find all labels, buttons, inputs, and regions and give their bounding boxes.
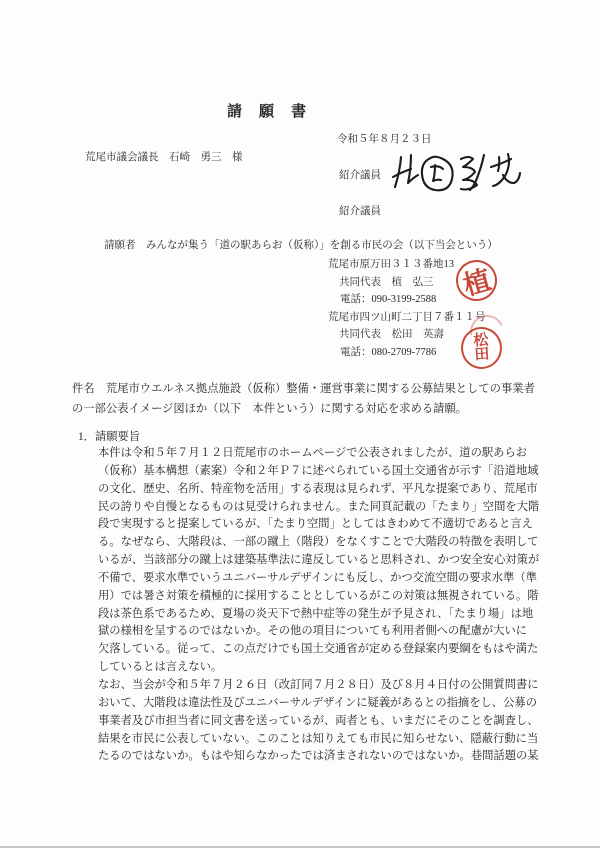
introducer-2-label: 紹介議員 [339,203,381,218]
body-text-line: なお、当会が令和５年７月２６日（改訂同７月２８日）及び８月４日付の公開質問書に [98,677,539,695]
rep-2-name: 共同代表 松田 英壽 [339,326,444,341]
body-text-line: 用）では暑さ対策を積極的に採用することとしているがこの対策は無視されている。階 [98,588,539,606]
body-text-line: 結果を市民に公表していない。このことは知りえても市民に知らせない、隠蔽行動に当 [98,731,539,749]
subject-block: 件名 荒尾市ウエルネス拠点施設（仮称）整備・運営事業に関する公募結果としての事業… [72,379,535,420]
body-text-line: 段で実現すると提案しているが、「たまり空間」としてはきわめて不適切であると言え [98,516,539,534]
rep-2-phone: 電話：080-2709-7786 [340,344,436,359]
hanko-seal-matsuda: 松田 [460,326,504,371]
rep-1-name: 共同代表 植 弘三 [339,274,434,289]
body-text-line: たるのではないか。もはや知らなかったでは済まされないのではないか。巷間話題の某 [98,748,539,766]
subject-line: 件名 荒尾市ウエルネス拠点施設（仮称）整備・運営事業に関する公募結果としての事業… [72,379,535,399]
petitioner-line: 請願者 みんなが集う「道の駅あらお（仮称）」を創る市民の会（以下当会という） [104,237,498,252]
body-text-line: の文化、歴史、名所、特産物を活用」する表現は見られず、平凡な提案であり、荒尾市 [98,481,539,499]
hanko-seal-ue: 植 [451,255,502,306]
body-text-line: （仮称）基本構想（素案）令和２年Ｐ７に述べられている国土交通省が示す「沿道地域 [98,463,539,481]
hanko-seal-matsuda-text: 松田 [472,333,491,363]
body-paragraphs: 本件は令和５年７月１２日荒尾市のホームページで公表されましたが、道の駅あらお（仮… [98,445,539,766]
section-1-heading: 1．請願要旨 [78,428,140,444]
hanko-seal-ue-text: 植 [458,258,495,303]
document-date: 令和５年８月２３日 [337,131,432,146]
page-title: 請 願 書 [0,100,534,121]
body-text-line: 段は茶色系であるため、夏場の炎天下で熱中症等の発生が予見され、「たまり場」は地 [98,606,539,624]
body-text-line: 獄の様相を呈するのではないか。その他の項目についても利用者側への配慮が大いに [98,623,539,641]
body-text-line: 本件は令和５年７月１２日荒尾市のホームページで公表されましたが、道の駅あらお [98,445,539,463]
handwritten-signature [386,146,524,200]
rep-1-address: 荒尾市原万田３１３番地13 [328,256,454,271]
body-text-line: 事業者及び市担当者に同文書を送っているが、両者とも、いまだにそのことを調査し、 [98,713,539,731]
body-text-line: しているとは言えない。 [98,659,539,677]
rep-2-address: 荒尾市四ツ山町二丁目７番１１号 [328,309,486,324]
body-text-line: いるが、当該部分の蹴上は建築基準法に違反していると思料され、かつ安全安心対策が [98,552,539,570]
body-text-line: 欠落している。従って、この点だけでも国土交通省が定める登録案内要綱をもはや満た [98,641,539,659]
introducer-1-label: 紹介議員 [339,167,381,182]
rep-1-phone: 電話：090-3199-2588 [340,291,436,306]
addressee-line: 荒尾市議会議長 石崎 勇三 様 [85,149,243,164]
body-text-line: 不備で、要求水準でいうユニバーサルデザインにも反し、かつ交流空間の要求水準（準 [98,570,539,588]
body-text-line: 民の誇りや自慢となるものは見受けられません。また同頁記載の「たまり」空間を大階 [98,499,539,517]
document-page: 請 願 書 令和５年８月２３日 荒尾市議会議長 石崎 勇三 様 紹介議員 紹介議… [0,0,600,848]
body-text-line: る。なぜなら、大階段は、一部の蹴上（階段）をなくすことで大階段の特徴を表明して [98,534,539,552]
body-text-line: おいて、大階段は違法性及びユニバーサルデザインに疑義があるとの指摘をし、公募の [98,695,539,713]
subject-line: の一部公表イメージ図ほか（以下 本件という）に関する対応を求める請願。 [72,399,535,419]
